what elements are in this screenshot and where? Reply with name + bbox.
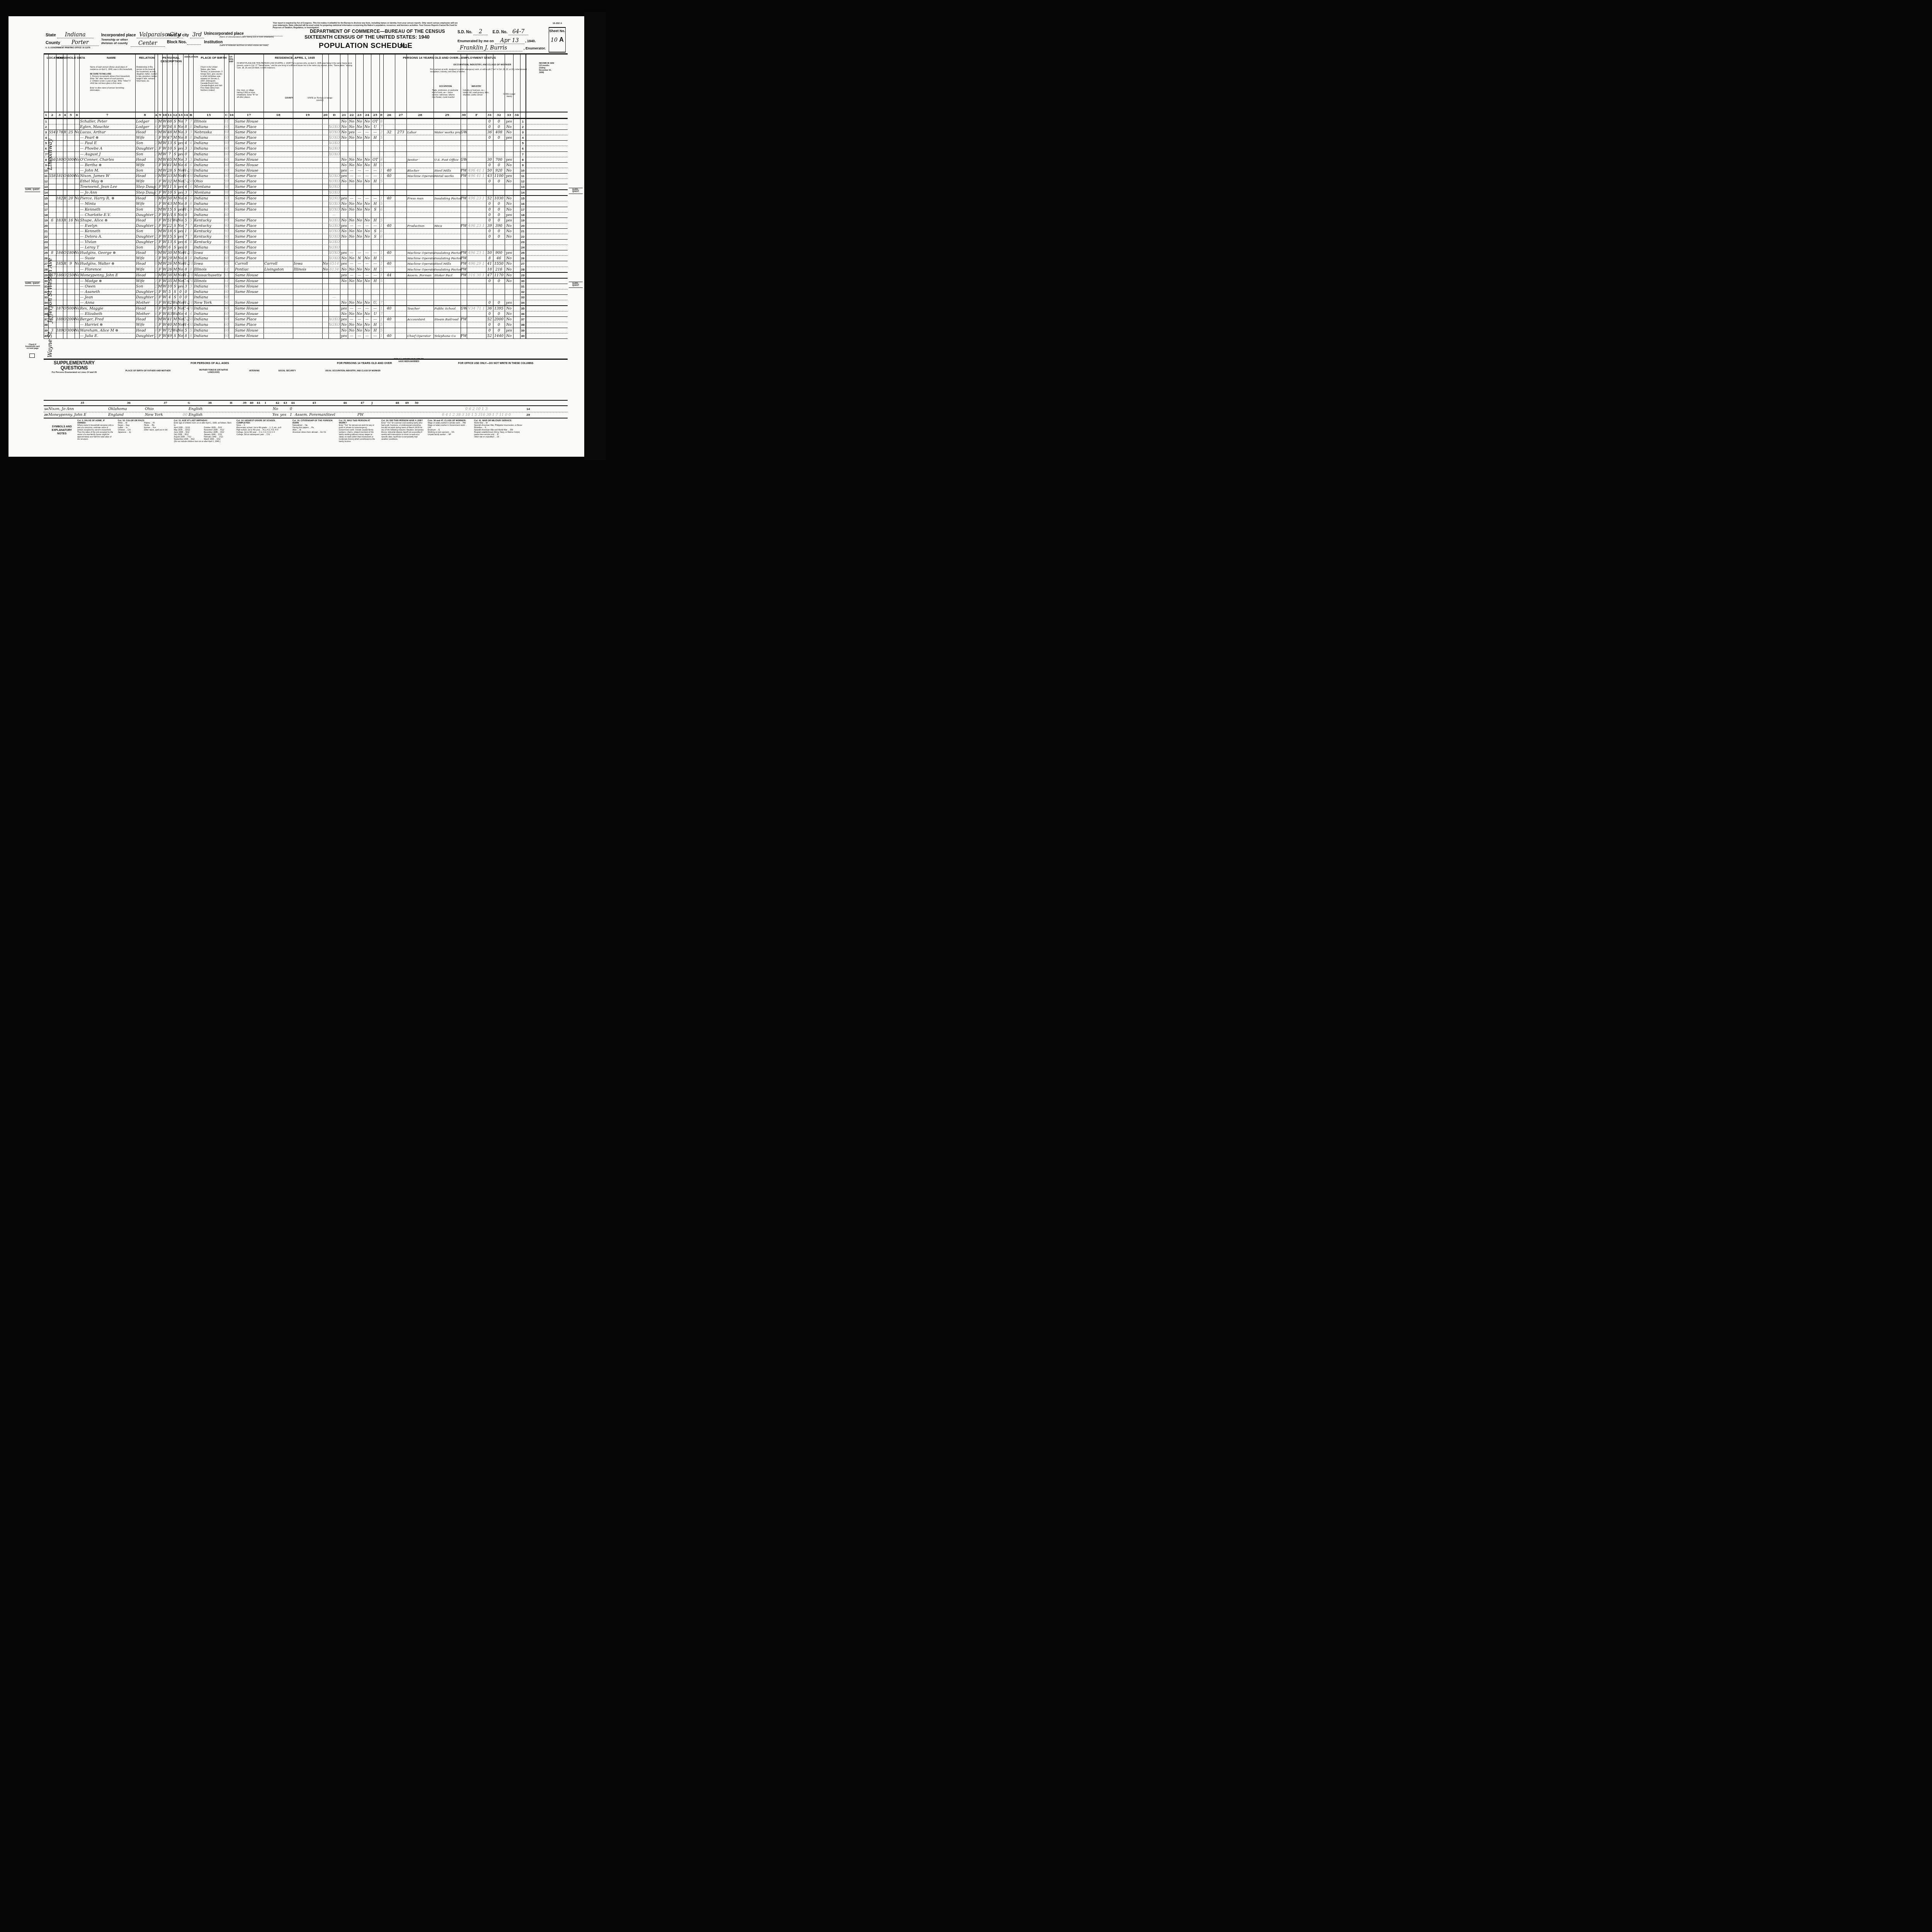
age-cell: 11 bbox=[167, 184, 172, 189]
supp-column-number: G bbox=[185, 401, 193, 405]
farm-cell bbox=[75, 141, 79, 146]
name-cell: — Minta bbox=[79, 201, 136, 206]
farm-cell bbox=[75, 184, 79, 189]
dwelling-cell bbox=[56, 289, 63, 294]
occupation-cell bbox=[406, 245, 434, 250]
marital-cell: M bbox=[172, 322, 178, 327]
res-city-cell: Same House bbox=[234, 289, 264, 294]
citizenship-cell bbox=[229, 135, 234, 140]
line-number: 39 bbox=[520, 328, 526, 333]
value-cell bbox=[67, 124, 75, 129]
value-cell bbox=[67, 190, 75, 195]
marital-cell: S bbox=[172, 223, 178, 228]
code-c-cell: 60 bbox=[224, 328, 229, 333]
weeks-worked-cell: 0 bbox=[486, 229, 493, 234]
table-row: 30— Madge ⊗Wife1FW35MNoC-470Illinois61Sa… bbox=[44, 279, 568, 284]
citizenship-cell bbox=[229, 179, 234, 184]
occupation-cell bbox=[406, 234, 434, 239]
industry-cell bbox=[434, 245, 461, 250]
enumerator-field: Franklin J. Burris , Enumerator. bbox=[457, 45, 546, 51]
wages-cell: 0 bbox=[493, 234, 505, 239]
relation-cell: Son bbox=[135, 152, 155, 157]
dwelling-cell bbox=[56, 295, 63, 300]
race-cell: W bbox=[162, 317, 167, 322]
note-col10-list: White ... WNegro ... NegIndian ... InChi… bbox=[118, 422, 168, 434]
class-cell bbox=[461, 322, 467, 327]
citizenship-cell bbox=[229, 245, 234, 250]
other-income-cell bbox=[505, 240, 513, 245]
birthplace-cell: Indiana bbox=[193, 322, 225, 327]
column-rule bbox=[493, 54, 493, 339]
wages-cell: 0 bbox=[493, 328, 505, 333]
relation-cell: Mother bbox=[135, 300, 155, 305]
tenure-cell bbox=[63, 163, 67, 168]
seeking-cell: N bbox=[355, 256, 363, 261]
res-state-cell bbox=[293, 300, 323, 305]
f34-cell bbox=[513, 179, 520, 184]
grade-cell: H-2 bbox=[183, 250, 189, 255]
dwelling-cell bbox=[56, 124, 63, 129]
emergency-cell: No bbox=[348, 267, 355, 272]
population-table: LOCATION HOUSEHOLD DATA NAME RELATION PE… bbox=[44, 53, 568, 339]
relation-cell: Head bbox=[135, 130, 155, 135]
weeks-worked-cell bbox=[486, 184, 493, 189]
occupation-cell bbox=[406, 135, 434, 140]
industry-cell bbox=[434, 229, 461, 234]
wages-cell: 0 bbox=[493, 229, 505, 234]
value-cell bbox=[67, 213, 75, 218]
emergency-cell: No bbox=[348, 218, 355, 223]
name-cell: — Owen bbox=[79, 284, 136, 289]
has-job-cell: No bbox=[363, 256, 371, 261]
township-label: Township or other division of county bbox=[101, 38, 128, 45]
sex-cell: F bbox=[158, 311, 162, 316]
code-b-cell: 8 bbox=[189, 201, 193, 206]
code-b-cell: 6 bbox=[189, 163, 193, 168]
code-d-cell bbox=[328, 300, 340, 305]
emergency-cell: No bbox=[348, 135, 355, 140]
incorporated-label: Incorporated place bbox=[101, 33, 136, 37]
code-d-cell bbox=[328, 289, 340, 294]
wages-cell: 0 bbox=[493, 119, 505, 124]
note-col16-title: Col. 16. CITIZENSHIP OF THE FOREIGN BORN bbox=[293, 420, 333, 424]
class-cell bbox=[461, 163, 467, 168]
marital-cell: M bbox=[172, 179, 178, 184]
occupation-cell: Chief Operator bbox=[406, 333, 434, 338]
industry-cell bbox=[434, 295, 461, 300]
hours-cell bbox=[383, 190, 395, 195]
industry-cell bbox=[434, 240, 461, 245]
f34-cell bbox=[513, 141, 520, 146]
other-income-cell: No bbox=[505, 124, 513, 129]
citizenship-cell bbox=[229, 190, 234, 195]
code-a-cell: 1 bbox=[155, 135, 158, 140]
hours-cell bbox=[383, 184, 395, 189]
birthplace-cell: Kentucky bbox=[193, 240, 225, 245]
f34-cell bbox=[513, 218, 520, 223]
age-cell: 18 bbox=[167, 229, 172, 234]
industry-cell: Insulating Factory bbox=[434, 250, 461, 255]
code-d-cell bbox=[328, 279, 340, 284]
activity-cell: H bbox=[371, 163, 379, 168]
citizenship-cell bbox=[229, 289, 234, 294]
column-number: 20 bbox=[322, 112, 328, 117]
res-county-cell bbox=[264, 295, 294, 300]
res-county-cell bbox=[264, 300, 294, 305]
res-farm-cell bbox=[322, 223, 328, 228]
ward-label: Ward of city bbox=[167, 33, 189, 37]
at-work-cell: No bbox=[340, 179, 348, 184]
has-job-cell bbox=[363, 213, 371, 218]
res-city-cell: Same Place bbox=[234, 152, 264, 157]
tenure-cell: R bbox=[63, 196, 67, 201]
code-a-cell: 2 bbox=[155, 240, 158, 245]
f34-cell bbox=[513, 135, 520, 140]
race-cell: W bbox=[162, 196, 167, 201]
code-b-cell bbox=[189, 152, 193, 157]
farm-cell bbox=[75, 300, 79, 305]
code-d-cell: XOXO bbox=[328, 207, 340, 212]
dwelling-cell: 185 bbox=[56, 261, 63, 266]
weeks-worked-cell bbox=[486, 190, 493, 195]
activity-cell: H bbox=[371, 218, 379, 223]
relation-cell: Step Daughter bbox=[135, 190, 155, 195]
school-cell: yes bbox=[178, 141, 183, 146]
at-work-cell: No bbox=[340, 157, 348, 162]
other-income-cell: No bbox=[505, 179, 513, 184]
grade-cell: 3 bbox=[183, 146, 189, 151]
f34-cell bbox=[513, 130, 520, 135]
weeks-unemp-cell bbox=[395, 306, 406, 311]
department-title: DEPARTMENT OF COMMERCE—BUREAU OF THE CEN… bbox=[310, 29, 445, 34]
res-county-cell bbox=[264, 141, 294, 146]
block-field: Block Nos. bbox=[167, 40, 201, 44]
occupation-cell bbox=[406, 207, 434, 212]
code-f-cell bbox=[467, 190, 486, 195]
res-farm-cell bbox=[322, 250, 328, 255]
block-label: Block Nos. bbox=[167, 40, 187, 44]
age-cell: 32 bbox=[167, 179, 172, 184]
grade-cell: 4 bbox=[183, 141, 189, 146]
code-e-cell: 5 bbox=[379, 267, 383, 272]
res-city-cell: Same Place bbox=[234, 234, 264, 239]
grade-cell: 8 bbox=[183, 256, 189, 261]
code-d-cell: XOXO bbox=[328, 146, 340, 151]
line-number: 20 bbox=[44, 223, 48, 228]
line-number: 14 bbox=[44, 190, 48, 195]
tenure-cell: O bbox=[63, 273, 67, 278]
code-b-cell bbox=[189, 295, 193, 300]
citizenship-cell bbox=[229, 218, 234, 223]
age-cell: 54 bbox=[167, 124, 172, 129]
code-c-cell: 60 bbox=[224, 333, 229, 338]
occupation-cell: Janitor bbox=[406, 157, 434, 162]
has-job-cell: — bbox=[363, 273, 371, 278]
code-a-cell: 2 bbox=[155, 229, 158, 234]
has-job-cell bbox=[363, 152, 371, 157]
f34-cell bbox=[513, 245, 520, 250]
citizenship-cell bbox=[229, 223, 234, 228]
hours-cell bbox=[383, 267, 395, 272]
f34-cell bbox=[513, 124, 520, 129]
age-cell: 10 bbox=[167, 146, 172, 151]
name-cell: Lucas, Arthur bbox=[79, 130, 136, 135]
class-cell bbox=[461, 124, 467, 129]
industry-cell: Steel Mills bbox=[434, 261, 461, 266]
group-name: NAME bbox=[88, 56, 134, 60]
race-cell: W bbox=[162, 184, 167, 189]
code-e-cell: 1 bbox=[379, 273, 383, 278]
res-county-cell bbox=[264, 250, 294, 255]
industry-cell bbox=[434, 152, 461, 157]
class-cell bbox=[461, 201, 467, 206]
weeks-worked-cell bbox=[486, 152, 493, 157]
res-county-cell bbox=[264, 311, 294, 316]
column-number: 3 bbox=[56, 112, 63, 117]
res-city-cell: Same House bbox=[234, 328, 264, 333]
occupation-cell bbox=[406, 179, 434, 184]
dwelling-cell bbox=[56, 279, 63, 284]
supp-father-cell: Oklahoma bbox=[108, 406, 145, 412]
school-cell: No bbox=[178, 213, 183, 218]
age-cell: 13 bbox=[167, 240, 172, 245]
citizenship-cell bbox=[229, 201, 234, 206]
emergency-cell: No bbox=[348, 300, 355, 305]
grade-cell: 7 bbox=[183, 234, 189, 239]
weeks-worked-cell: 36 bbox=[486, 130, 493, 135]
race-cell: W bbox=[162, 141, 167, 146]
res-farm-cell bbox=[322, 201, 328, 206]
school-cell: yes bbox=[178, 234, 183, 239]
relation-cell: Daughter bbox=[135, 289, 155, 294]
table-row: 23— VivianDaughter2FW13Syes66Kentucky80S… bbox=[44, 240, 568, 245]
hours-cell bbox=[383, 135, 395, 140]
at-work-cell: No bbox=[340, 201, 348, 206]
tenure-cell bbox=[63, 146, 67, 151]
grade-cell: 8 bbox=[183, 135, 189, 140]
weeks-unemp-cell bbox=[395, 201, 406, 206]
birthplace-cell: Montana bbox=[193, 190, 225, 195]
school-cell: No bbox=[178, 311, 183, 316]
activity-cell: U. bbox=[371, 300, 379, 305]
value-cell bbox=[67, 201, 75, 206]
class-cell bbox=[461, 279, 467, 284]
other-income-cell: yes bbox=[505, 119, 513, 124]
industry-cell bbox=[434, 124, 461, 129]
column-rule bbox=[379, 54, 380, 339]
enumerated-year: , 1940. bbox=[525, 39, 536, 43]
res-state-cell bbox=[293, 306, 323, 311]
grade-cell: H-4 bbox=[183, 173, 189, 179]
dwelling-cell bbox=[56, 240, 63, 245]
f34-cell bbox=[513, 190, 520, 195]
hours-cell: 40 bbox=[383, 223, 395, 228]
code-f-cell: 496 41 1 bbox=[467, 168, 486, 173]
code-c-cell: 60 bbox=[224, 201, 229, 206]
res-county-cell bbox=[264, 306, 294, 311]
line-number: 4 bbox=[520, 135, 526, 140]
note-col11: Col. 11. AGE AT LAST BIRTHDAY: Enter age… bbox=[174, 420, 232, 443]
res-farm-cell bbox=[322, 130, 328, 135]
res-state-cell bbox=[293, 256, 323, 261]
name-cell: — Bertha ⊗ bbox=[79, 163, 136, 168]
value-cell bbox=[67, 229, 75, 234]
code-c-cell: 80 bbox=[224, 223, 229, 228]
res-state-cell bbox=[293, 317, 323, 322]
at-work-cell: No bbox=[340, 322, 348, 327]
code-e-cell bbox=[379, 284, 383, 289]
dwelling-cell bbox=[56, 333, 63, 338]
seeking-cell bbox=[355, 240, 363, 245]
column-number: 7 bbox=[79, 112, 135, 117]
activity-cell: — bbox=[371, 333, 379, 338]
note-col5-text: Where owner's household occupies only a … bbox=[77, 424, 114, 440]
value-cell: 3000 bbox=[67, 328, 75, 333]
code-d-cell: XOXO bbox=[328, 130, 340, 135]
age-cell: 26 bbox=[167, 261, 172, 266]
value-cell bbox=[67, 141, 75, 146]
code-e-cell: 7 bbox=[379, 300, 383, 305]
birthplace-cell: Montana bbox=[193, 184, 225, 189]
code-a-cell: 1 bbox=[155, 179, 158, 184]
tenure-cell bbox=[63, 256, 67, 261]
farm-cell: No bbox=[75, 317, 79, 322]
res-county-cell bbox=[264, 168, 294, 173]
code-d-cell bbox=[328, 328, 340, 333]
emergency-cell bbox=[348, 284, 355, 289]
age-cell: 72 bbox=[167, 328, 172, 333]
column-number: 6 bbox=[75, 112, 79, 117]
name-cell: — Evelyn bbox=[79, 223, 136, 228]
weeks-worked-cell: 50 bbox=[486, 250, 493, 255]
res-state-cell bbox=[293, 229, 323, 234]
f34-cell bbox=[513, 300, 520, 305]
activity-cell bbox=[371, 284, 379, 289]
code-b-cell: 30 bbox=[189, 173, 193, 179]
sex-cell: F bbox=[158, 213, 162, 218]
note-col21-text: Enter "Yes" for persons at work for pay … bbox=[339, 424, 378, 443]
at-work-cell bbox=[340, 289, 348, 294]
weeks-worked-cell: 0 bbox=[486, 119, 493, 124]
code-a-cell: 2 bbox=[155, 184, 158, 189]
school-cell: yes bbox=[178, 146, 183, 151]
age-cell: 41 bbox=[167, 317, 172, 322]
at-work-cell bbox=[340, 213, 348, 218]
column-number: C bbox=[224, 112, 229, 117]
res-state-cell bbox=[293, 141, 323, 146]
citizenship-cell bbox=[229, 130, 234, 135]
enumerated-label: Enumerated by me on bbox=[457, 39, 494, 43]
note-col5-title: Col. 5. VALUE OF HOME, IF OWNED: bbox=[77, 420, 105, 424]
relation-cell: Daughter bbox=[135, 234, 155, 239]
column-rule bbox=[158, 54, 158, 339]
dwelling-cell bbox=[56, 213, 63, 218]
line-number: 37 bbox=[520, 317, 526, 322]
grade-cell: 4 bbox=[183, 311, 189, 316]
code-f-cell: 496 23 1 bbox=[467, 250, 486, 255]
table-row: 32— AsanethDaughter2FW5S00Indiana60Same … bbox=[44, 289, 568, 295]
occupation-cell: Assem. Forman bbox=[406, 273, 434, 278]
sex-cell: M bbox=[158, 261, 162, 266]
ward-field: Ward of city 3rd bbox=[167, 32, 204, 38]
weeks-unemp-cell bbox=[395, 168, 406, 173]
wages-cell bbox=[493, 152, 505, 157]
res-farm-cell bbox=[322, 218, 328, 223]
industry-cell: Telephone Co bbox=[434, 333, 461, 338]
weeks-worked-cell: 0 bbox=[486, 322, 493, 327]
has-job-cell bbox=[363, 245, 371, 250]
relation-cell: Son bbox=[135, 284, 155, 289]
class-cell bbox=[461, 135, 467, 140]
column-rule bbox=[328, 54, 329, 339]
res-state-cell bbox=[293, 190, 323, 195]
code-c-cell: 60 bbox=[224, 196, 229, 201]
at-work-cell: yes bbox=[340, 173, 348, 179]
column-number: 14 bbox=[183, 112, 189, 117]
name-cell: Ethel May ⊗ bbox=[79, 179, 136, 184]
other-income-cell: No bbox=[505, 273, 513, 278]
note-item: Wage or salary worker in Government work… bbox=[428, 424, 470, 429]
weeks-unemp-cell bbox=[395, 152, 406, 157]
supp-column-number: 50 bbox=[413, 401, 420, 405]
institution-label: Institution bbox=[204, 40, 223, 44]
code-d-cell: XOXO bbox=[328, 152, 340, 157]
grade-cell: 8 bbox=[183, 201, 189, 206]
age-cell: 22 bbox=[167, 223, 172, 228]
dwelling-cell: 189 bbox=[56, 328, 63, 333]
weeks-worked-cell: 0 bbox=[486, 279, 493, 284]
res-city-cell bbox=[234, 213, 264, 218]
name-cell: Shupe, Alice ⊗ bbox=[79, 218, 136, 223]
activity-cell: — bbox=[371, 273, 379, 278]
industry-cell bbox=[434, 328, 461, 333]
code-e-cell: 8 bbox=[379, 119, 383, 124]
code-f-cell bbox=[467, 284, 486, 289]
emergency-cell bbox=[348, 146, 355, 151]
tenure-cell bbox=[63, 289, 67, 294]
school-cell: No bbox=[178, 223, 183, 228]
res-state-cell bbox=[293, 124, 323, 129]
farm-cell bbox=[75, 234, 79, 239]
house-cell: 6 bbox=[48, 218, 56, 223]
class-cell: PW bbox=[461, 261, 467, 266]
race-cell: W bbox=[162, 295, 167, 300]
weeks-unemp-cell bbox=[395, 184, 406, 189]
at-work-cell: No bbox=[340, 124, 348, 129]
farm-cell bbox=[75, 245, 79, 250]
occupation-cell: Press man bbox=[406, 196, 434, 201]
column-rule bbox=[348, 54, 348, 339]
supp-column-number: 45 bbox=[310, 401, 318, 405]
age-cell: 43 bbox=[167, 201, 172, 206]
name-cell: Moneypenny, John E bbox=[79, 273, 136, 278]
group-relation: RELATION bbox=[135, 56, 158, 60]
other-income-cell: yes bbox=[505, 218, 513, 223]
household-card-checkbox[interactable] bbox=[29, 354, 35, 358]
race-cell: W bbox=[162, 124, 167, 129]
code-b-cell: 6 bbox=[189, 240, 193, 245]
res-farm-cell bbox=[322, 245, 328, 250]
citizenship-cell bbox=[229, 229, 234, 234]
code-c-cell: 60 bbox=[224, 311, 229, 316]
age-cell: 13 bbox=[167, 141, 172, 146]
res-state-cell: Illinois bbox=[293, 267, 323, 272]
emergency-cell: — bbox=[348, 333, 355, 338]
industry-cell bbox=[434, 213, 461, 218]
marital-cell: Wd bbox=[172, 311, 178, 316]
citizenship-cell bbox=[229, 168, 234, 173]
marital-cell: M bbox=[172, 135, 178, 140]
